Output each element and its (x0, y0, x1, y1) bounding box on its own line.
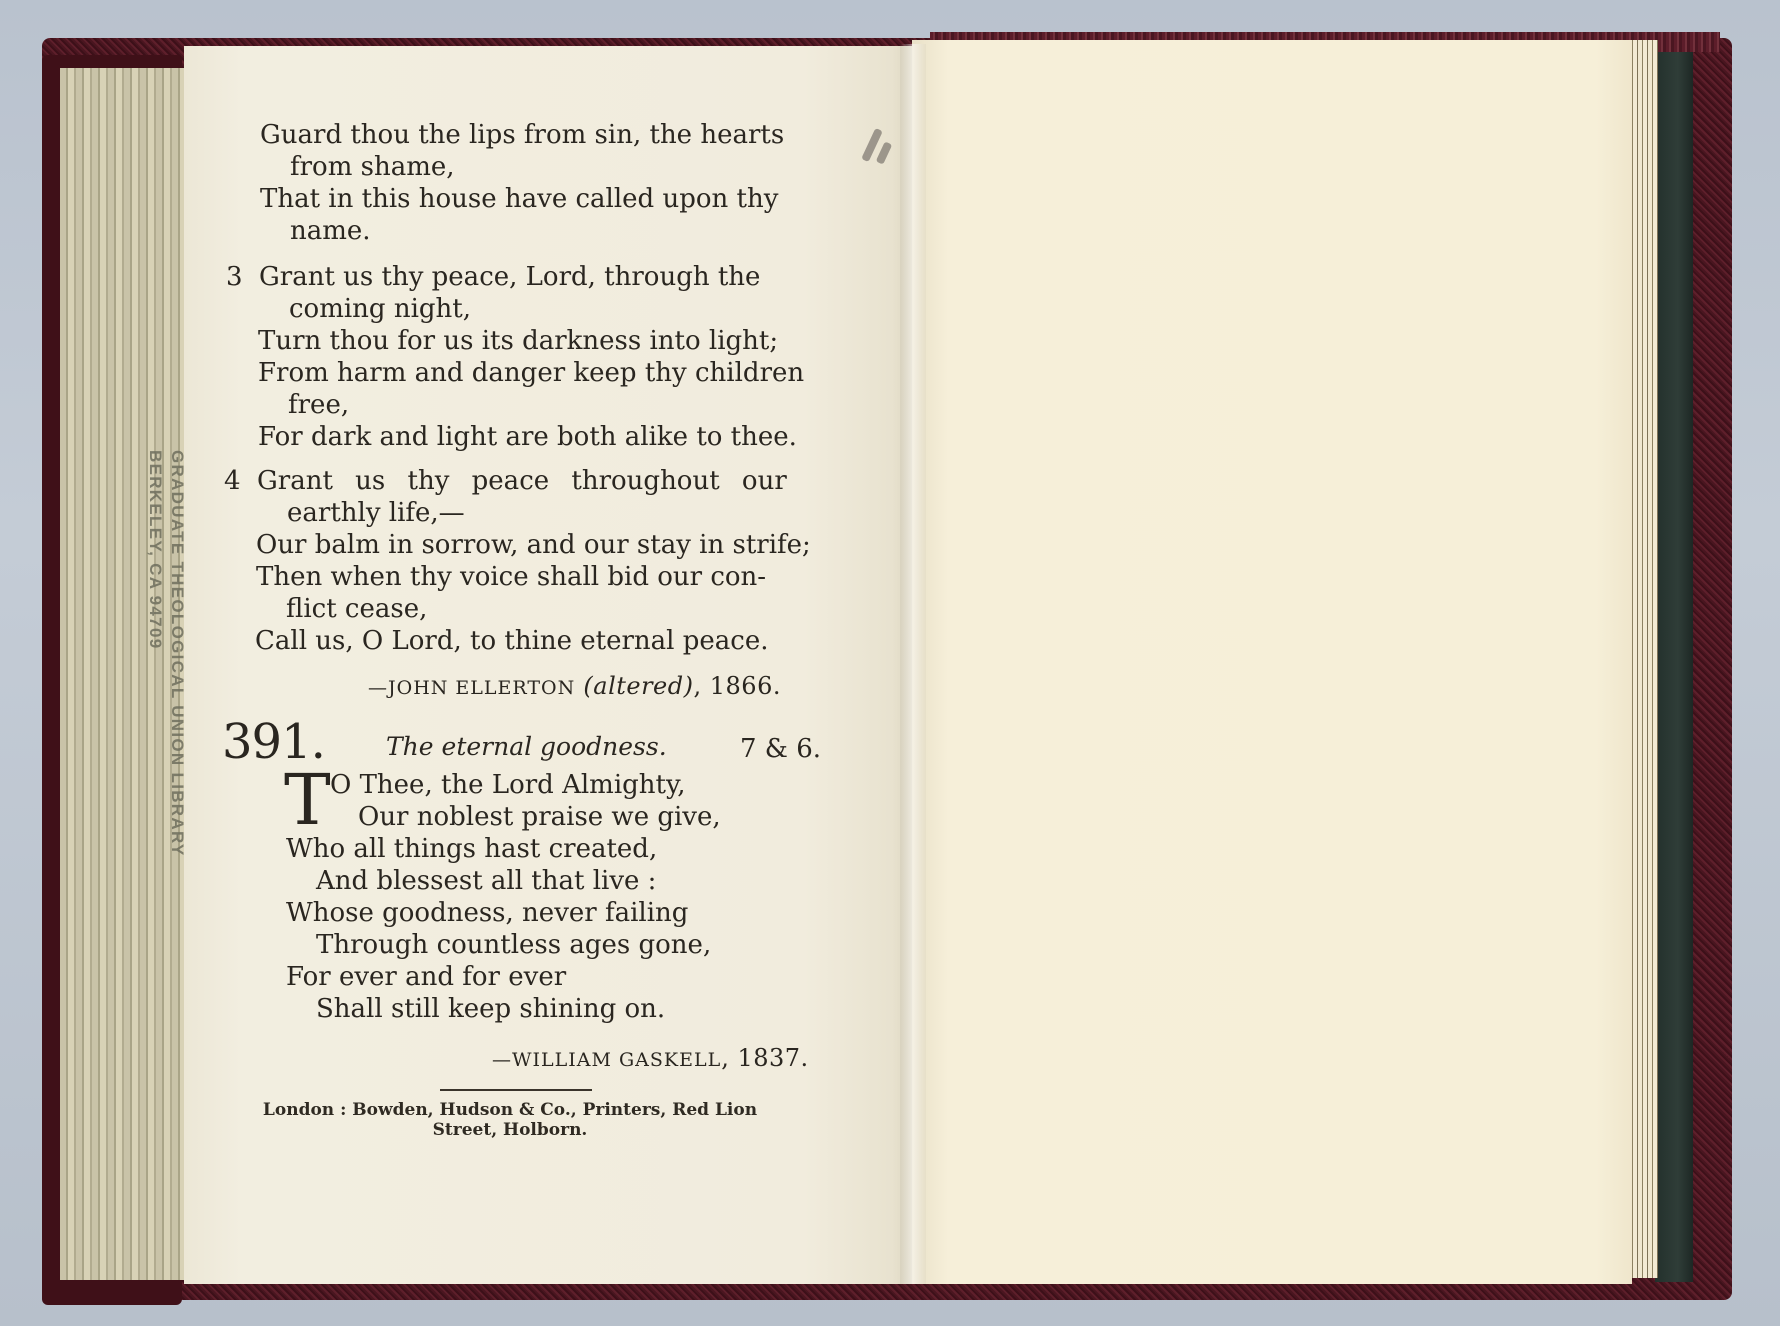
attribution-year: , 1837. (721, 1044, 808, 1072)
verse-line: Grant us thy peace throughout our (257, 466, 787, 496)
imprint-line-1: London : Bowden, Hudson & Co., Printers,… (230, 1100, 790, 1120)
verse-line: Our noblest praise we give, (358, 802, 721, 832)
stamp-line-2: BERKELEY, CA 94709 (146, 450, 165, 649)
verse-line: from shame, (290, 152, 455, 182)
drop-cap: T (284, 765, 331, 835)
verse-line: Shall still keep shining on. (316, 994, 665, 1024)
verse-number: 4 (224, 466, 241, 496)
verse-line: Guard thou the lips from sin, the hearts (260, 120, 784, 150)
verse-line: For ever and for ever (286, 962, 566, 992)
hymn-attribution: —JOHN ELLERTON (altered), 1866. (368, 672, 781, 700)
page-block-right-edge (1628, 40, 1658, 1278)
verse-line: And blessest all that live : (316, 866, 656, 896)
hymn-meter: 7 & 6. (740, 734, 821, 764)
endpaper-board (1655, 52, 1693, 1282)
verse-line: For dark and light are both alike to the… (258, 422, 797, 452)
book-gutter (900, 44, 926, 1284)
verse-line: Then when thy voice shall bid our con- (256, 562, 766, 592)
verse-line: Call us, O Lord, to thine eternal peace. (255, 626, 769, 656)
verse-line: Who all things hast created, (286, 834, 657, 864)
verse-line: name. (290, 216, 371, 246)
attribution-note: (altered) (583, 672, 693, 700)
attribution-year: , 1866. (694, 672, 781, 700)
author-name: —WILLIAM GASKELL (492, 1049, 721, 1071)
verse-line: coming night, (289, 294, 471, 324)
verse-line: Whose goodness, never failing (286, 898, 688, 928)
verse-line: Turn thou for us its darkness into light… (258, 326, 778, 356)
verse-line: From harm and danger keep thy children (258, 358, 804, 388)
verse-line: earthly life,— (287, 498, 465, 528)
verse-line: free, (288, 390, 349, 420)
hymn-attribution: —WILLIAM GASKELL, 1837. (492, 1044, 809, 1072)
verse-number: 3 (226, 262, 243, 292)
author-name: —JOHN ELLERTON (368, 677, 575, 699)
verse-line: O Thee, the Lord Almighty, (330, 770, 685, 800)
verse-line: Through countless ages gone, (316, 930, 711, 960)
divider-rule (440, 1089, 592, 1091)
verse-line: That in this house have called upon thy (260, 184, 778, 214)
verse-line: Our balm in sorrow, and our stay in stri… (256, 530, 811, 560)
imprint-line-2: Street, Holborn. (230, 1120, 790, 1140)
library-stamp: GRADUATE THEOLOGICAL UNION LIBRARY BERKE… (128, 450, 188, 1020)
right-page (912, 40, 1632, 1284)
verse-line: Grant us thy peace, Lord, through the (259, 262, 760, 292)
verse-line: flict cease, (286, 594, 427, 624)
printer-imprint: London : Bowden, Hudson & Co., Printers,… (230, 1100, 790, 1140)
hymn-title: The eternal goodness. (386, 732, 667, 761)
